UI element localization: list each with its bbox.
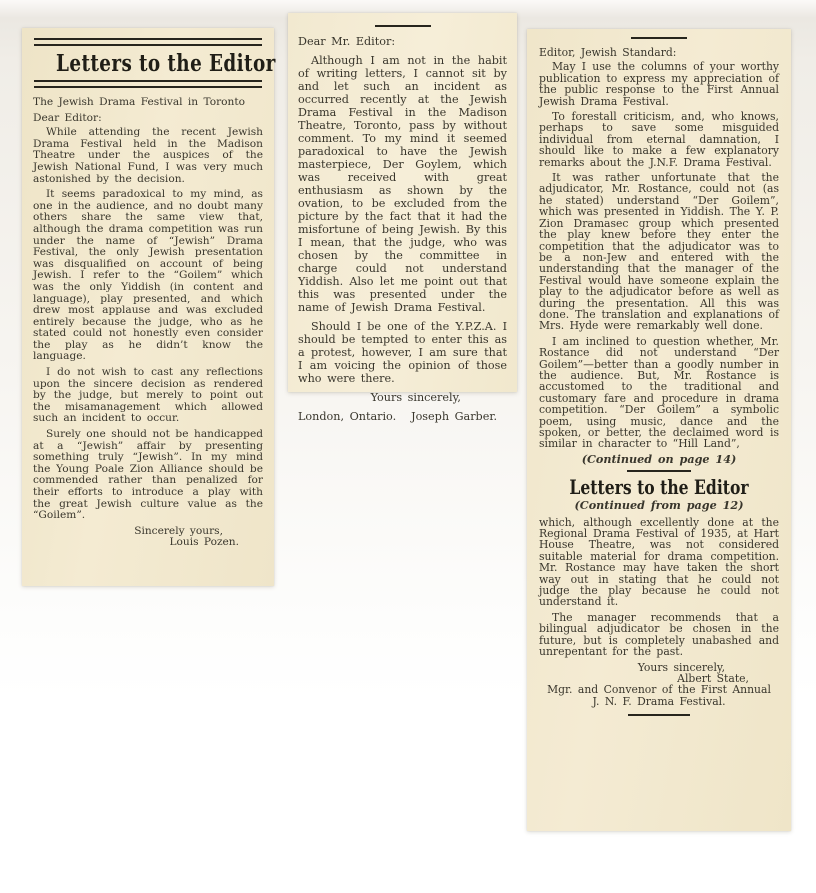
clipping-letter-state: Editor, Jewish Standard: May I use the c… — [527, 29, 791, 831]
letter-paragraph: The manager recommends that a bilingual … — [539, 612, 779, 658]
letter-paragraph: It was rather unfortunate that the adjud… — [539, 172, 779, 332]
end-rule — [628, 714, 690, 716]
continued-on-note: (Continued on page 14) — [539, 454, 779, 465]
letter-paragraph: It seems paradoxical to my mind, as one … — [33, 189, 263, 363]
letter-salutation: Dear Mr. Editor: — [298, 35, 507, 48]
letter-signature-org: J. N. F. Drama Festival. — [539, 696, 779, 707]
top-rule — [631, 37, 687, 39]
letter-signature: Louis Pozen. — [33, 537, 263, 549]
continued-section-headline: Letters to the Editor — [565, 476, 752, 499]
letter-salutation: Editor, Jewish Standard: — [539, 47, 779, 58]
letter-paragraph: Should I be one of the Y.P.Z.A. I should… — [298, 320, 507, 385]
letter-paragraph: I am inclined to question whether, Mr. R… — [539, 336, 779, 450]
letter-salutation: Dear Editor: — [33, 113, 263, 125]
letter-signoff: Yours sincerely, — [298, 391, 507, 404]
letter-paragraph: Surely one should not be handicapped at … — [33, 429, 263, 522]
clipping-letter-pozen: Letters to the Editor The Jewish Drama F… — [22, 28, 274, 586]
letter-paragraph: which, although excellently done at the … — [539, 517, 779, 608]
top-rule — [375, 25, 431, 27]
letter-paragraph: To forestall criticism, and, who knows, … — [539, 111, 779, 168]
continued-from-note: (Continued from page 12) — [539, 500, 779, 511]
headline-rule-top — [34, 38, 262, 46]
letter-signature: Joseph Garber. — [411, 410, 507, 423]
letter-paragraph: While attending the recent Jewish Drama … — [33, 127, 263, 185]
letter-paragraph: I do not wish to cast any reflections up… — [33, 367, 263, 425]
letter-paragraph: May I use the columns of your worthy pub… — [539, 61, 779, 107]
letter-signature-row: London, Ontario. Joseph Garber. — [298, 410, 507, 423]
continued-section-rule — [627, 470, 691, 472]
letter-paragraph: Although I am not in the habit of writin… — [298, 54, 507, 314]
letter-subject: The Jewish Drama Festival in Toronto — [33, 97, 263, 109]
letter-signature-role: Mgr. and Convenor of the First Annual — [539, 684, 779, 695]
section-headline: Letters to the Editor — [56, 50, 240, 77]
headline-rule-bottom — [34, 80, 262, 88]
letter-place: London, Ontario. — [298, 410, 396, 423]
clipping-letter-garber: Dear Mr. Editor: Although I am not in th… — [288, 13, 517, 392]
